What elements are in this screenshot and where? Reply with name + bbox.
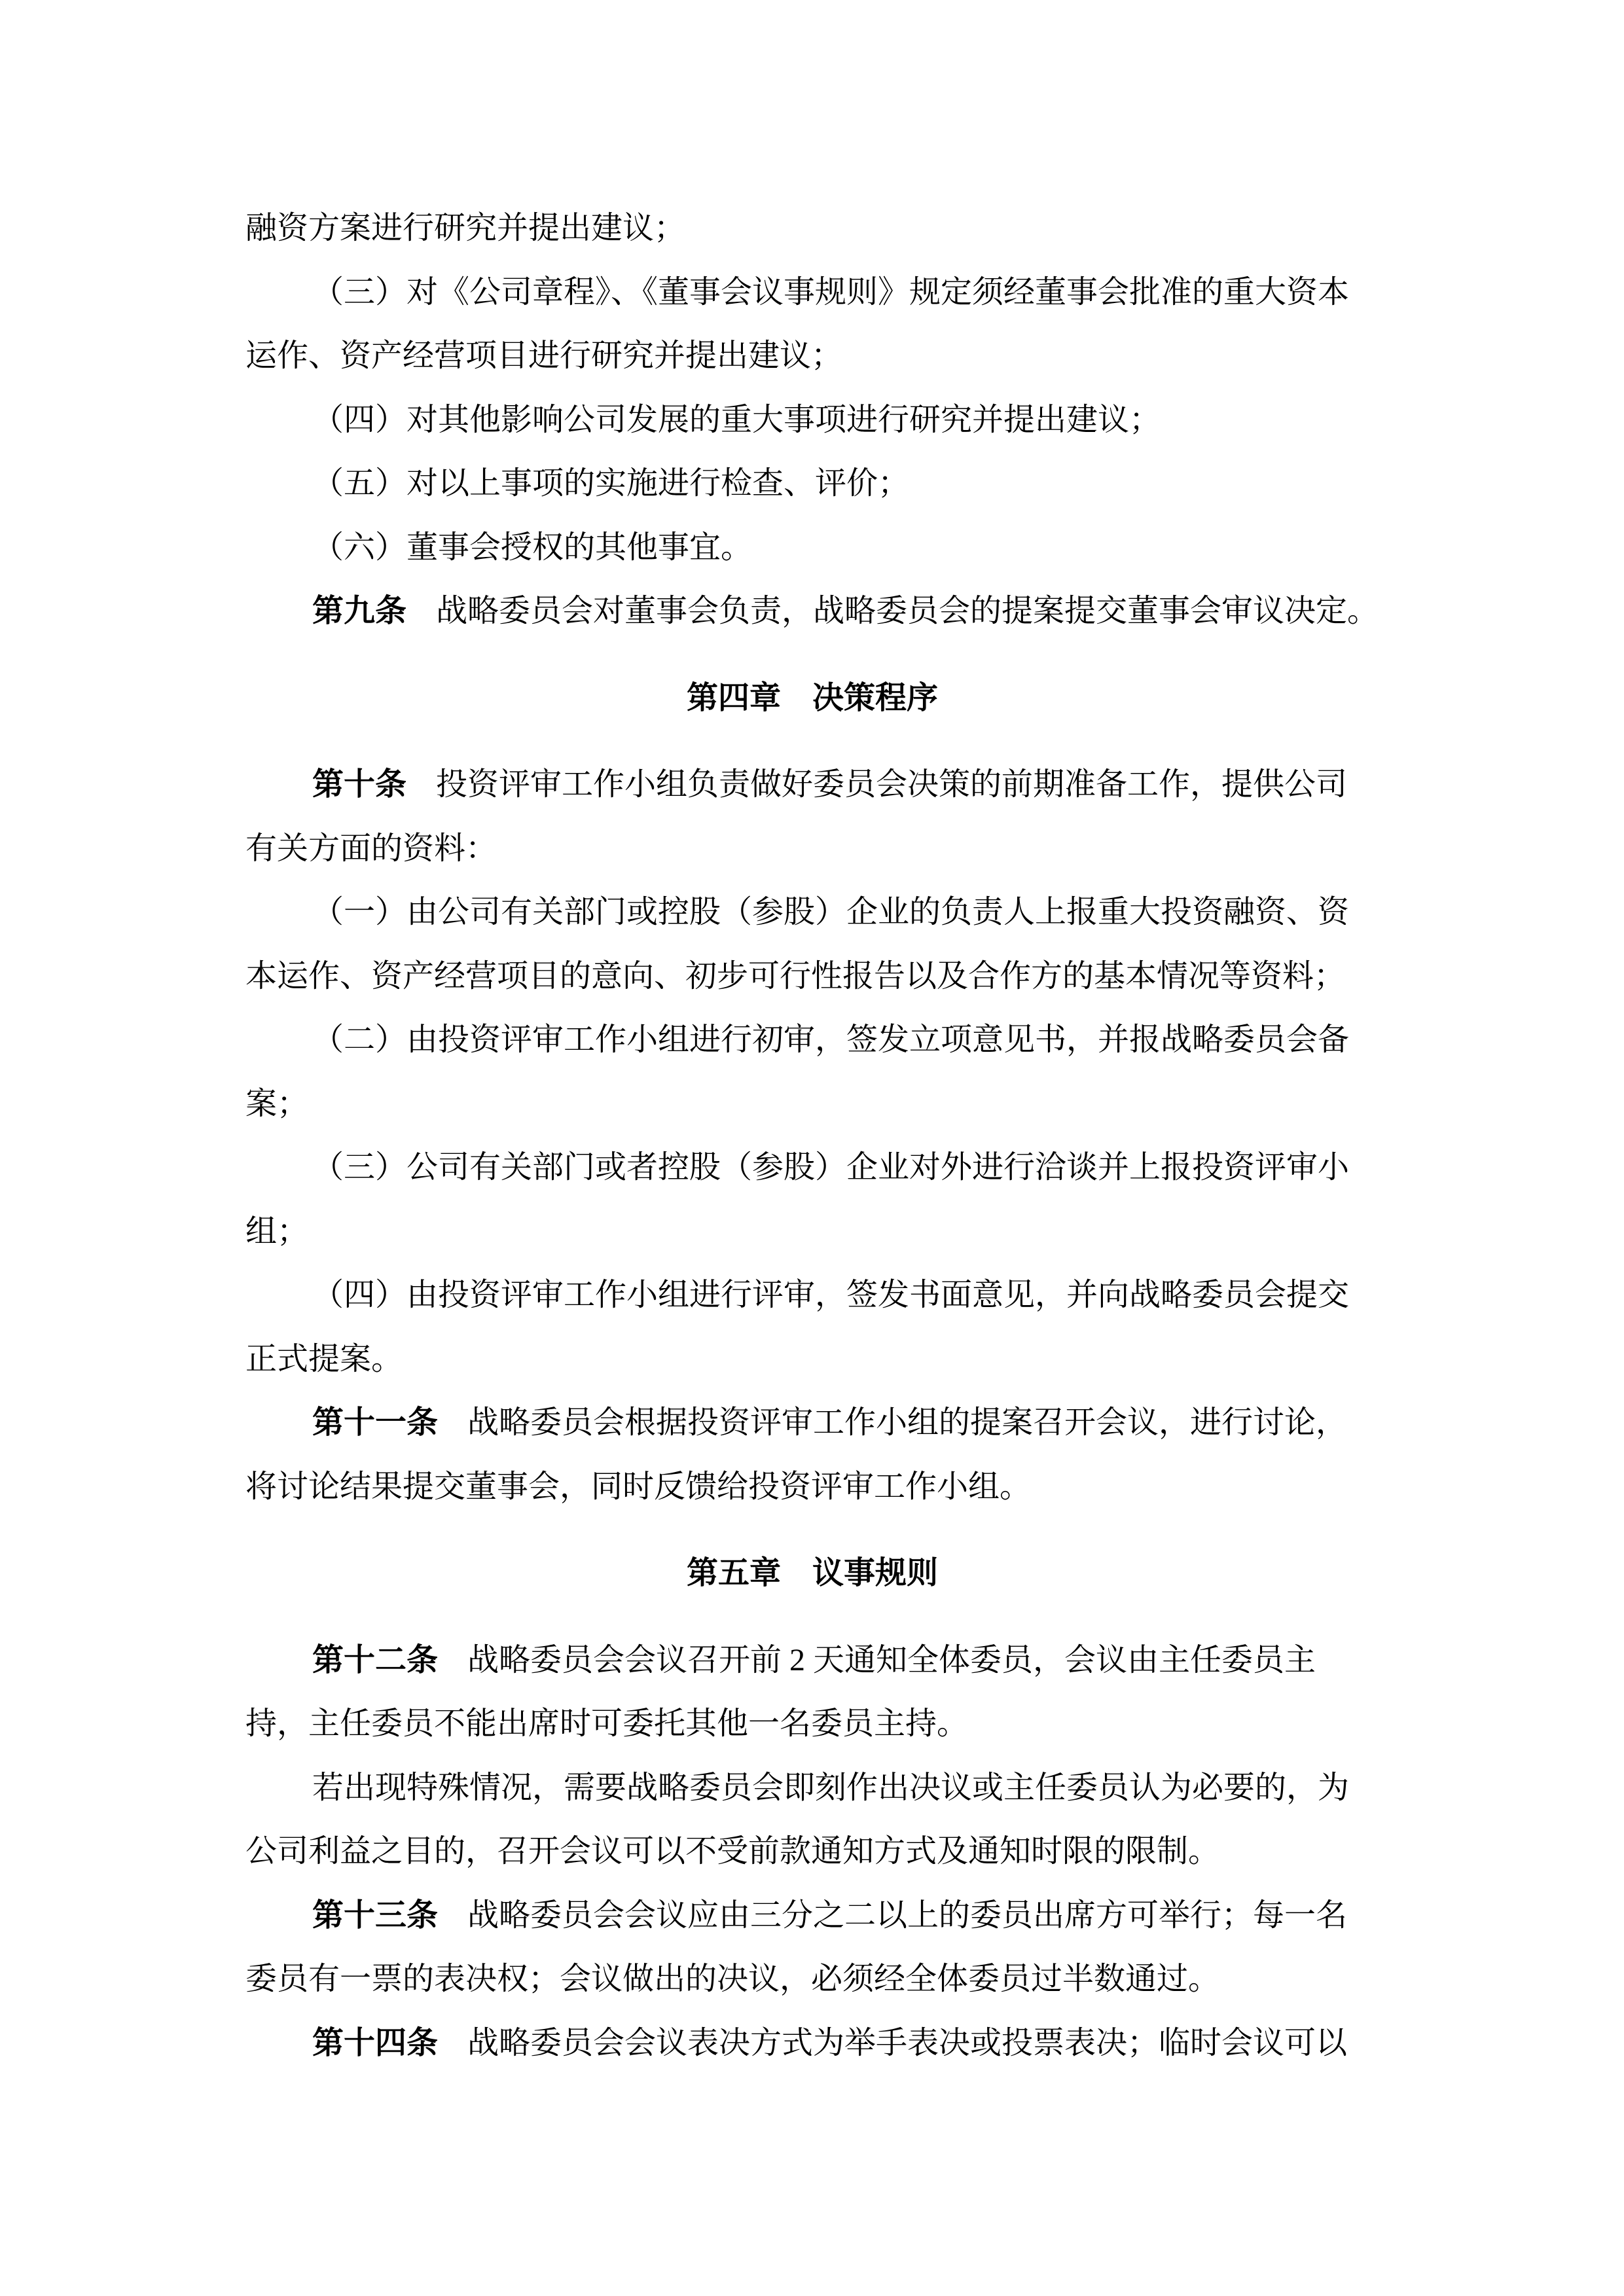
document-line: 若出现特殊情况，需要战略委员会即刻作出决议或主任委员认为必要的，为 [245, 1756, 1379, 1820]
document-line: 公司利益之目的，召开会议可以不受前款通知方式及通知时限的限制。 [245, 1820, 1379, 1884]
article-text: 战略委员会会议应由三分之二以上的委员出席方可举行；每一名 [467, 1898, 1347, 1933]
chapter-heading: 第四章 决策程序 [245, 666, 1379, 730]
article-text: 战略委员会会议表决方式为举手表决或投票表决；临时会议可以 [467, 2026, 1347, 2060]
document-line: （三）公司有关部门或者控股（参股）企业对外进行洽谈并上报投资评审小 [245, 1136, 1379, 1200]
document-line: （四）由投资评审工作小组进行评审，签发书面意见，并向战略委员会提交 [245, 1263, 1379, 1327]
document-line: 第十三条战略委员会会议应由三分之二以上的委员出席方可举行；每一名 [245, 1884, 1379, 1948]
document-line: 运作、资产经营项目进行研究并提出建议； [245, 324, 1379, 388]
document-line: 正式提案。 [245, 1327, 1379, 1391]
article-number: 第九条 [312, 594, 406, 628]
chapter-heading: 第五章 议事规则 [245, 1541, 1379, 1605]
document-line: （一）由公司有关部门或控股（参股）企业的负责人上报重大投资融资、资 [245, 880, 1379, 944]
document-line: 第九条战略委员会对董事会负责，战略委员会的提案提交董事会审议决定。 [245, 579, 1379, 643]
document-line: 第十二条战略委员会会议召开前 2 天通知全体委员，会议由主任委员主 [245, 1628, 1379, 1693]
article-number: 第十一条 [312, 1405, 438, 1440]
article-number: 第十条 [312, 767, 406, 802]
document-line: 有关方面的资料： [245, 817, 1379, 881]
document-body: 融资方案进行研究并提出建议；（三）对《公司章程》、《董事会议事规则》规定须经董事… [245, 196, 1379, 2075]
document-line: （五）对以上事项的实施进行检查、评价； [245, 452, 1379, 516]
document-page: 融资方案进行研究并提出建议；（三）对《公司章程》、《董事会议事规则》规定须经董事… [0, 0, 1624, 2296]
article-number: 第十二条 [312, 1643, 438, 1677]
article-number: 第十四条 [312, 2026, 438, 2060]
article-text: 战略委员会对董事会负责，战略委员会的提案提交董事会审议决定。 [436, 594, 1379, 628]
article-number: 第十三条 [312, 1898, 438, 1933]
document-line: 案； [245, 1072, 1379, 1136]
document-line: 第十条投资评审工作小组负责做好委员会决策的前期准备工作，提供公司 [245, 753, 1379, 817]
document-line: 委员有一票的表决权；会议做出的决议，必须经全体委员过半数通过。 [245, 1947, 1379, 2011]
document-line: 融资方案进行研究并提出建议； [245, 196, 1379, 260]
document-line: 组； [245, 1200, 1379, 1264]
document-line: （四）对其他影响公司发展的重大事项进行研究并提出建议； [245, 388, 1379, 452]
article-text: 投资评审工作小组负责做好委员会决策的前期准备工作，提供公司 [436, 767, 1347, 802]
document-line: 第十一条战略委员会根据投资评审工作小组的提案召开会议，进行讨论， [245, 1391, 1379, 1455]
document-line: 持，主任委员不能出席时可委托其他一名委员主持。 [245, 1692, 1379, 1756]
document-line: （三）对《公司章程》、《董事会议事规则》规定须经董事会批准的重大资本 [245, 260, 1379, 325]
article-text: 战略委员会根据投资评审工作小组的提案召开会议，进行讨论， [467, 1405, 1347, 1440]
document-line: （二）由投资评审工作小组进行初审，签发立项意见书，并报战略委员会备 [245, 1008, 1379, 1072]
article-text: 战略委员会会议召开前 2 天通知全体委员，会议由主任委员主 [467, 1643, 1316, 1677]
document-line: （六）董事会授权的其他事宜。 [245, 516, 1379, 580]
document-line: 将讨论结果提交董事会，同时反馈给投资评审工作小组。 [245, 1455, 1379, 1519]
document-line: 第十四条战略委员会会议表决方式为举手表决或投票表决；临时会议可以 [245, 2011, 1379, 2075]
document-line: 本运作、资产经营项目的意向、初步可行性报告以及合作方的基本情况等资料； [245, 944, 1379, 1009]
